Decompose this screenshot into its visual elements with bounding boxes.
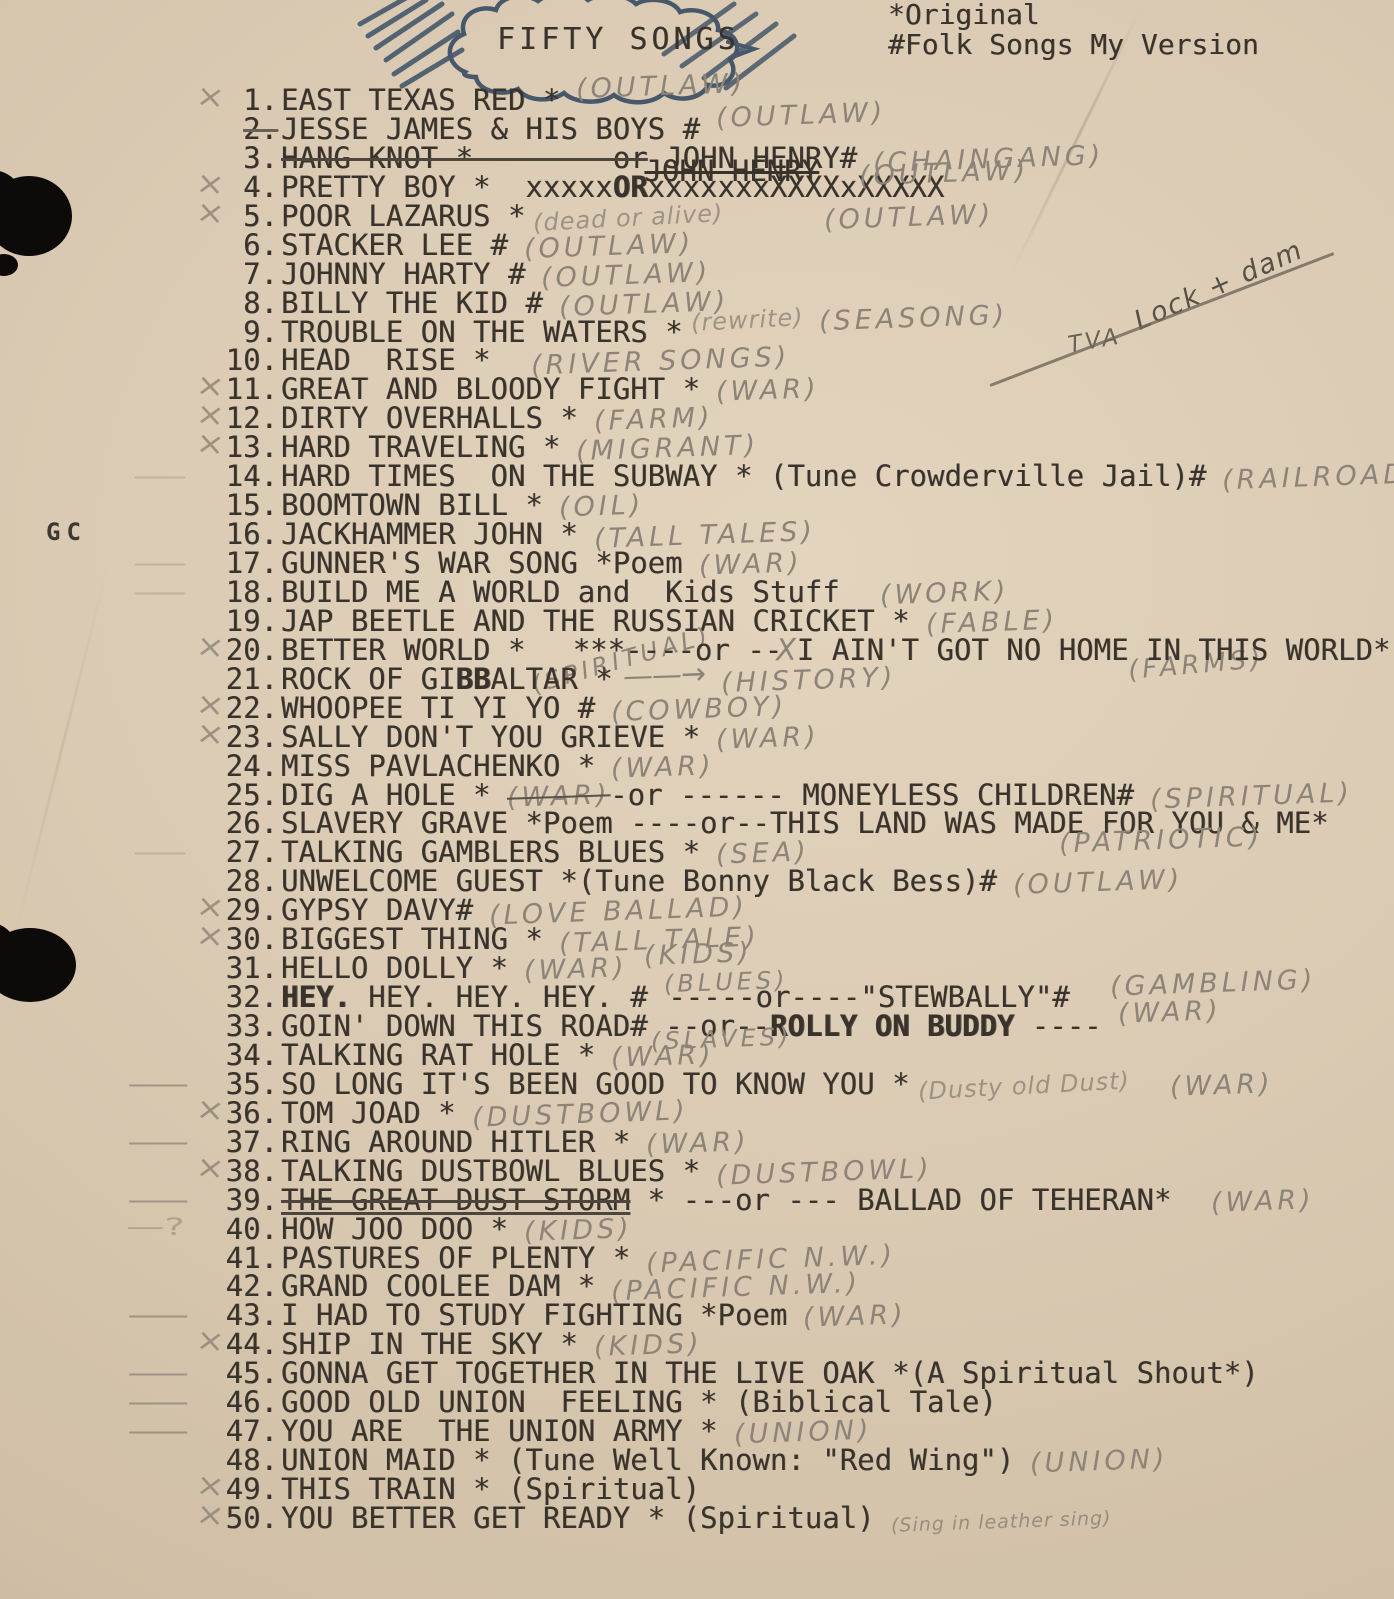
typed-segment: JESSE JAMES & HIS BOYS # <box>281 115 700 144</box>
typed-segment: PASTURES OF PLENTY * <box>281 1244 630 1273</box>
typed-segment: JOHNNY HARTY # <box>281 260 525 289</box>
song-row: ×1.EAST TEXAS RED *(OUTLAW) <box>0 86 1394 115</box>
song-row: —?40.HOW JOO DOO *(KIDS) <box>0 1215 1394 1244</box>
handwritten-annotation: (Sing in leather sing) <box>890 1504 1111 1541</box>
song-number: 27. <box>190 838 278 867</box>
typed-segment: THE GREAT DUST STORM <box>281 1186 630 1215</box>
typed-segment: BUILD ME A WORLD and Kids Stuff <box>281 578 840 607</box>
song-row: ×38.TALKING DUSTBOWL BLUES *(DUSTBOWL) <box>0 1157 1394 1186</box>
typed-segment: I AIN'T GOT NO HOME IN THIS WORLD* <box>797 636 1391 665</box>
song-number: 50. <box>190 1504 278 1533</box>
song-number: 14. <box>190 462 278 491</box>
song-row: 25.DIG A HOLE *(WAR)-or ------ MONEYLESS… <box>0 781 1394 810</box>
document-page: FIFTY SONGS *Original #Folk Songs My Ver… <box>0 0 1394 1599</box>
typed-segment: BIGGEST THING * <box>281 925 543 954</box>
typed-segment: HARD TRAVELING * <box>281 433 560 462</box>
song-number: 32. <box>190 983 278 1012</box>
song-row: —18.BUILD ME A WORLD and Kids Stuff(WORK… <box>0 578 1394 607</box>
song-number: 45. <box>190 1359 278 1388</box>
typed-segment: GUNNER'S WAR SONG *Poem <box>281 549 683 578</box>
song-row: 26.SLAVERY GRAVE *Poem ----or--THIS LAND… <box>0 809 1394 838</box>
song-row: ×44.SHIP IN THE SKY *(KIDS) <box>0 1330 1394 1359</box>
song-row: 42.GRAND COOLEE DAM *(PACIFIC N.W.) <box>0 1272 1394 1301</box>
typed-segment: -or ------ MONEYLESS CHILDREN# <box>610 781 1134 810</box>
typed-segment: -----or----"STEWBALLY"# <box>668 983 1070 1012</box>
typed-segment: HELLO DOLLY * <box>281 954 508 983</box>
margin-mark-dashf: — <box>132 462 188 491</box>
margin-mark-dash: — <box>126 1128 190 1157</box>
song-row: —46.GOOD OLD UNION FEELING * (Biblical T… <box>0 1388 1394 1417</box>
typed-segment: GYPSY DAVY# <box>281 896 473 925</box>
typed-segment: STACKER LEE # <box>281 231 508 260</box>
song-number: 42. <box>190 1272 278 1301</box>
song-row: 6.STACKER LEE #(OUTLAW) <box>0 231 1394 260</box>
typed-segment: WHOOPEE TI YI YO # <box>281 694 595 723</box>
song-number: 15. <box>190 491 278 520</box>
song-number: 23. <box>190 723 278 752</box>
typed-segment: GREAT AND BLOODY FIGHT * <box>281 375 700 404</box>
typed-segment: DIG A HOLE * <box>281 781 491 810</box>
typed-segment: JAP BEETLE AND THE RUSSIAN CRICKET * <box>281 607 910 636</box>
song-list: ×1.EAST TEXAS RED *(OUTLAW)2.JESSE JAMES… <box>0 86 1394 1533</box>
typed-segment: BB <box>456 665 491 694</box>
song-number: 31. <box>190 954 278 983</box>
song-row: ×5.POOR LAZARUS *(dead or alive)(OUTLAW) <box>0 202 1394 231</box>
song-text: GONNA GET TOGETHER IN THE LIVE OAK *(A S… <box>281 1359 1259 1388</box>
typed-segment: BOOMTOWN BILL * <box>281 491 543 520</box>
song-row: 9.TROUBLE ON THE WATERS *(rewrite)(SEASO… <box>0 318 1394 347</box>
typed-segment: HANG KNOT * -------or <box>281 144 648 173</box>
margin-mark-q: —? <box>126 1213 185 1242</box>
typed-segment: * ---or --- BALLAD OF TEHERAN* <box>630 1186 1171 1215</box>
margin-mark-dash: — <box>126 1301 190 1330</box>
typed-segment: GOOD OLD UNION FEELING * (Biblical Tale) <box>281 1388 997 1417</box>
typed-segment: RING AROUND HITLER * <box>281 1128 630 1157</box>
handwritten-annotation: (WAR) <box>716 376 821 409</box>
typed-segment: ROLLY ON BUDDY <box>770 1012 1014 1041</box>
typed-segment: UNWELCOME GUEST *(Tune Bonny Black Bess)… <box>281 867 997 896</box>
song-number: 47. <box>190 1417 278 1446</box>
legend: *Original #Folk Songs My Version <box>888 0 1259 60</box>
song-row: 34.TALKING RAT HOLE *(WAR)(SLAVES) <box>0 1041 1394 1070</box>
song-number: 44. <box>190 1330 278 1359</box>
typed-segment: TALKING GAMBLERS BLUES * <box>281 838 700 867</box>
legend-folk-version: #Folk Songs My Version <box>888 30 1259 60</box>
typed-segment: JOHN HENRY <box>644 157 819 186</box>
handwritten-annotation: (WAR) <box>803 1302 908 1335</box>
song-number: 18. <box>190 578 278 607</box>
song-text: YOU BETTER GET READY * (Spiritual)(Sing … <box>281 1504 1111 1537</box>
typed-segment: ---- <box>1014 1012 1101 1041</box>
handwritten-annotation: (OUTLAW) <box>716 99 887 134</box>
song-number: 6. <box>190 231 278 260</box>
margin-mark-dashf: — <box>132 549 188 578</box>
typed-segment: SO LONG IT'S BEEN GOOD TO KNOW YOU * <box>281 1070 910 1099</box>
margin-mark-dash: — <box>126 1070 190 1099</box>
typed-segment: UNION MAID * (Tune Well Known: "Red Wing… <box>281 1446 1014 1475</box>
song-number: 33. <box>190 1012 278 1041</box>
typed-segment: BETTER WORLD * <box>281 636 525 665</box>
typed-segment: I HAD TO STUDY FIGHTING *Poem <box>281 1301 787 1330</box>
handwritten-annotation: (WAR) <box>1169 1070 1274 1103</box>
song-row: ×36.TOM JOAD *(DUSTBOWL) <box>0 1099 1394 1128</box>
handwritten-annotation: (WAR) <box>716 723 821 756</box>
typed-segment: HOW JOO DOO * <box>281 1215 508 1244</box>
song-number: 8. <box>190 289 278 318</box>
song-row: 16.JACKHAMMER JOHN *(TALL TALES) <box>0 520 1394 549</box>
song-row: ×50.YOU BETTER GET READY * (Spiritual)(S… <box>0 1504 1394 1533</box>
song-number: 40. <box>190 1215 278 1244</box>
typed-segment: YOU BETTER GET READY * (Spiritual) <box>281 1504 875 1533</box>
song-number: 39. <box>190 1186 278 1215</box>
song-number: 20. <box>190 636 278 665</box>
song-number: 41. <box>190 1244 278 1273</box>
song-row: —45.GONNA GET TOGETHER IN THE LIVE OAK *… <box>0 1359 1394 1388</box>
typed-segment: THIS TRAIN * (Spiritual) <box>281 1475 700 1504</box>
margin-mark-dashf: — <box>132 838 188 867</box>
song-number: 24. <box>190 752 278 781</box>
song-text: GOOD OLD UNION FEELING * (Biblical Tale) <box>281 1388 997 1417</box>
song-number: 1. <box>190 86 278 115</box>
typed-segment: GONNA GET TOGETHER IN THE LIVE OAK *(A S… <box>281 1359 1259 1388</box>
margin-mark-dash: — <box>126 1417 190 1446</box>
typed-segment: TALKING RAT HOLE * <box>281 1041 595 1070</box>
song-number: 9. <box>190 318 278 347</box>
typed-segment: EAST TEXAS RED * <box>281 86 560 115</box>
typed-segment: YOU ARE THE UNION ARMY * <box>281 1417 718 1446</box>
song-text: THIS TRAIN * (Spiritual) <box>281 1475 700 1504</box>
handwritten-annotation: (WAR) <box>1117 997 1222 1030</box>
margin-mark-dashf: — <box>132 578 188 607</box>
typed-segment: HEY. HEY. HEY. # <box>351 983 648 1012</box>
song-row: 2.JESSE JAMES & HIS BOYS #(OUTLAW) <box>0 115 1394 144</box>
handwritten-annotation: (SLAVES) <box>650 1022 792 1056</box>
song-number: 5. <box>190 202 278 231</box>
song-number: 36. <box>190 1099 278 1128</box>
typed-segment: TALKING DUSTBOWL BLUES * <box>281 1157 700 1186</box>
typed-segment: MISS PAVLACHENKO * <box>281 752 595 781</box>
song-row: —47.YOU ARE THE UNION ARMY *(UNION) <box>0 1417 1394 1446</box>
song-number: 2. <box>190 115 278 144</box>
song-number: 17. <box>190 549 278 578</box>
typed-segment: JACKHAMMER JOHN * <box>281 520 578 549</box>
song-row: 24.MISS PAVLACHENKO *(WAR) <box>0 752 1394 781</box>
typed-segment: ALTAR * <box>491 665 613 694</box>
typed-segment: TROUBLE ON THE WATERS * <box>281 318 683 347</box>
song-row: 41.PASTURES OF PLENTY *(PACIFIC N.W.) <box>0 1244 1394 1273</box>
handwritten-annotation: (OUTLAW) <box>576 70 747 105</box>
song-number: 46. <box>190 1388 278 1417</box>
typed-segment: PRETTY BOY * xxxxx <box>281 173 613 202</box>
typed-segment: SALLY DON'T YOU GRIEVE * <box>281 723 700 752</box>
song-number: 13. <box>190 433 278 462</box>
song-row: 7.JOHNNY HARTY #(OUTLAW) <box>0 260 1394 289</box>
song-row: ×23.SALLY DON'T YOU GRIEVE *(WAR) <box>0 723 1394 752</box>
margin-mark-dash: — <box>126 1359 190 1388</box>
typed-segment: HEAD RISE * <box>281 346 491 375</box>
typed-segment: OR <box>613 173 648 202</box>
legend-original: *Original <box>888 0 1259 30</box>
song-number: 26. <box>190 809 278 838</box>
typed-segment: BILLY THE KID # <box>281 289 543 318</box>
typed-segment: HARD TIMES ON THE SUBWAY * (Tune Crowder… <box>281 462 1206 491</box>
margin-mark-dash: — <box>126 1388 190 1417</box>
handwritten-annotation: (OUTLAW) <box>859 157 1030 192</box>
handwritten-annotation: ——→ <box>622 660 705 692</box>
song-row: —39.THE GREAT DUST STORM * ---or --- BAL… <box>0 1186 1394 1215</box>
handwritten-annotation: (rewrite) <box>690 303 804 338</box>
typed-segment: GRAND COOLEE DAM * <box>281 1272 595 1301</box>
song-row: ×13.HARD TRAVELING *(MIGRANT) <box>0 433 1394 462</box>
typed-segment: SHIP IN THE SKY * <box>281 1330 578 1359</box>
typed-segment: DIRTY OVERHALLS * <box>281 404 578 433</box>
song-number: 30. <box>190 925 278 954</box>
song-number: 25. <box>190 781 278 810</box>
song-row: —27.TALKING GAMBLERS BLUES *(SEA) <box>0 838 1394 867</box>
typed-segment: POOR LAZARUS * <box>281 202 525 231</box>
typed-segment: TOM JOAD * <box>281 1099 456 1128</box>
song-row: —17.GUNNER'S WAR SONG *Poem(WAR) <box>0 549 1394 578</box>
song-number: 38. <box>190 1157 278 1186</box>
song-number: 7. <box>190 260 278 289</box>
song-row: 15.BOOMTOWN BILL *(OIL) <box>0 491 1394 520</box>
handwritten-annotation: (SEASONG) <box>819 301 1009 337</box>
handwritten-annotation: (WAR) <box>1211 1186 1316 1219</box>
song-number: 16. <box>190 520 278 549</box>
typed-segment: ROCK OF GI <box>281 665 456 694</box>
margin-mark-dash: — <box>126 1186 190 1215</box>
song-row: —14.HARD TIMES ON THE SUBWAY * (Tune Cro… <box>0 462 1394 491</box>
song-number: 34. <box>190 1041 278 1070</box>
page-title: FIFTY SONGS <box>497 22 740 57</box>
typed-segment: HEY. <box>281 983 351 1012</box>
